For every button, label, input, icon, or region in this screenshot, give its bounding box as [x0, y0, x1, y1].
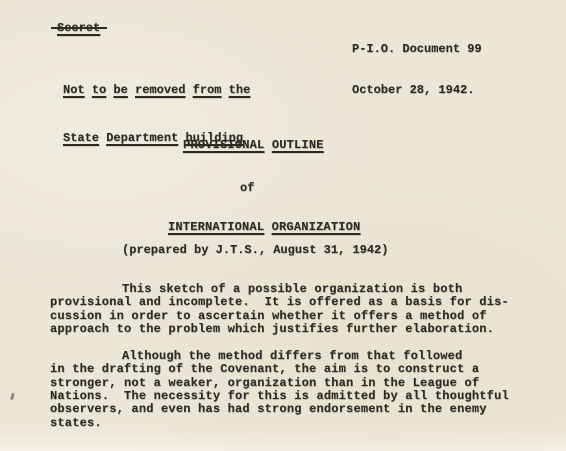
text-line: Although the method differs from that fo… — [50, 350, 509, 363]
text-line: Nations. The necessity for this is admit… — [50, 390, 509, 403]
text-line: provisional and incomplete. It is offere… — [50, 296, 509, 309]
text-line: observers, and even has had strong endor… — [50, 403, 509, 416]
text-line: states. — [50, 417, 509, 430]
document-number: P-I.O. Document 99 — [352, 43, 482, 57]
title-provisional-outline: PROVISIONAL OUTLINE — [183, 138, 324, 152]
removal-notice: Not to be removed from the State Departm… — [63, 50, 250, 178]
paper-speck — [10, 393, 15, 401]
title-international-organization: INTERNATIONAL ORGANIZATION — [168, 220, 360, 234]
paragraph-1: This sketch of a possible organization i… — [50, 283, 509, 336]
paragraph-2: Although the method differs from that fo… — [50, 350, 509, 430]
document-page: Secret P-I.O. Document 99 October 28, 19… — [0, 0, 566, 451]
document-reference: P-I.O. Document 99 October 28, 1942. — [352, 16, 482, 124]
title-connector: of — [240, 181, 254, 195]
removal-notice-line1: Not to be removed from the — [63, 82, 250, 98]
text-line: stronger, not a weaker, organization tha… — [50, 377, 509, 390]
text-line: in the drafting of the Covenant, the aim… — [50, 363, 509, 376]
text-line: approach to the problem which justifies … — [50, 323, 509, 336]
text-line: This sketch of a possible organization i… — [50, 283, 509, 296]
byline: (prepared by J.T.S., August 31, 1942) — [122, 243, 388, 257]
text-line: cussion in order to ascertain whether it… — [50, 310, 509, 323]
classification-stamp: Secret — [57, 21, 100, 35]
document-date: October 28, 1942. — [352, 84, 482, 98]
